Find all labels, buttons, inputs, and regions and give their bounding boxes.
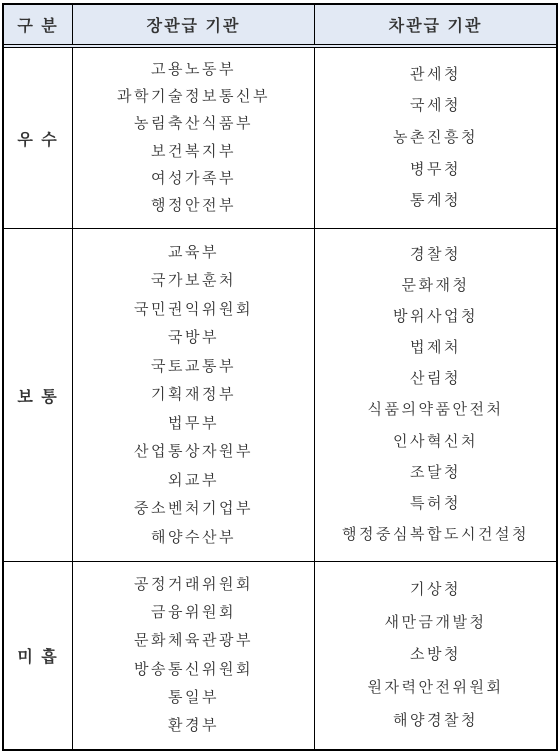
agency-name: 경찰청 [410,246,461,264]
header-vice-agencies: 차관급 기관 [315,5,556,44]
agency-name: 산업통상자원부 [134,443,253,461]
agency-name: 방위사업청 [393,308,478,326]
agency-name: 문화재청 [402,277,470,295]
minister-agency-list-excellent: 고용노동부과학기술정보통신부농림축산식품부보건복지부여성가족부행정안전부 [73,48,315,228]
agency-name: 농림축산식품부 [134,115,253,133]
header-category: 구 분 [4,5,73,44]
agency-name: 행정안전부 [151,197,236,215]
table-row-excellent: 우 수 고용노동부과학기술정보통신부농림축산식품부보건복지부여성가족부행정안전부… [4,48,556,228]
agency-name: 새만금개발청 [385,614,487,632]
agency-name: 통일부 [168,689,219,707]
table-row-normal: 보 통 교육부국가보훈처국민권익위원회국방부국토교통부기획재정부법무부산업통상자… [4,228,556,561]
agency-name: 교육부 [168,244,219,262]
grade-label-excellent: 우 수 [4,48,73,228]
agency-name: 국세청 [410,97,461,115]
agency-evaluation-table: 구 분 장관급 기관 차관급 기관 우 수 고용노동부과학기술정보통신부농림축산… [2,3,558,751]
agency-name: 해양경찰청 [393,712,478,730]
agency-name: 국민권익위원회 [134,301,253,319]
minister-agency-list-insufficient: 공정거래위원회금융위원회문화체육관광부방송통신위원회통일부환경부 [73,562,315,749]
agency-name: 국방부 [168,329,219,347]
vice-agency-list-excellent: 관세청국세청농촌진흥청병무청통계청 [315,48,556,228]
agency-name: 인사혁신처 [393,433,478,451]
agency-name: 과학기술정보통신부 [117,88,270,106]
agency-name: 해양수산부 [151,529,236,547]
agency-name: 여성가족부 [151,170,236,188]
agency-name: 행정중심복합도시건설청 [342,526,529,544]
agency-name: 조달청 [410,464,461,482]
agency-name: 국토교통부 [151,358,236,376]
grade-label-insufficient: 미 흡 [4,562,73,749]
agency-name: 법무부 [168,415,219,433]
table-header-row: 구 분 장관급 기관 차관급 기관 [4,5,556,48]
vice-agency-list-normal: 경찰청문화재청방위사업청법제처산림청식품의약품안전처인사혁신처조달청특허청행정중… [315,229,556,561]
agency-name: 농촌진흥청 [393,129,478,147]
agency-name: 국가보훈처 [151,272,236,290]
agency-name: 기상청 [410,581,461,599]
agency-name: 중소벤처기업부 [134,500,253,518]
agency-name: 병무청 [410,161,461,179]
minister-agency-list-normal: 교육부국가보훈처국민권익위원회국방부국토교통부기획재정부법무부산업통상자원부외교… [73,229,315,561]
grade-label-normal: 보 통 [4,229,73,561]
table-row-insufficient: 미 흡 공정거래위원회금융위원회문화체육관광부방송통신위원회통일부환경부 기상청… [4,561,556,749]
agency-name: 관세청 [410,66,461,84]
agency-name: 환경부 [168,717,219,735]
vice-agency-list-insufficient: 기상청새만금개발청소방청원자력안전위원회해양경찰청 [315,562,556,749]
agency-name: 특허청 [410,495,461,513]
agency-name: 기획재정부 [151,386,236,404]
agency-name: 원자력안전위원회 [368,679,504,697]
agency-name: 외교부 [168,472,219,490]
agency-name: 식품의약품안전처 [368,401,504,419]
agency-name: 공정거래위원회 [134,576,253,594]
agency-name: 보건복지부 [151,143,236,161]
agency-name: 고용노동부 [151,61,236,79]
header-minister-agencies: 장관급 기관 [73,5,315,44]
agency-name: 소방청 [410,646,461,664]
agency-name: 법제처 [410,339,461,357]
agency-name: 문화체육관광부 [134,632,253,650]
agency-name: 산림청 [410,370,461,388]
agency-name: 방송통신위원회 [134,661,253,679]
agency-name: 통계청 [410,192,461,210]
agency-name: 금융위원회 [151,604,236,622]
